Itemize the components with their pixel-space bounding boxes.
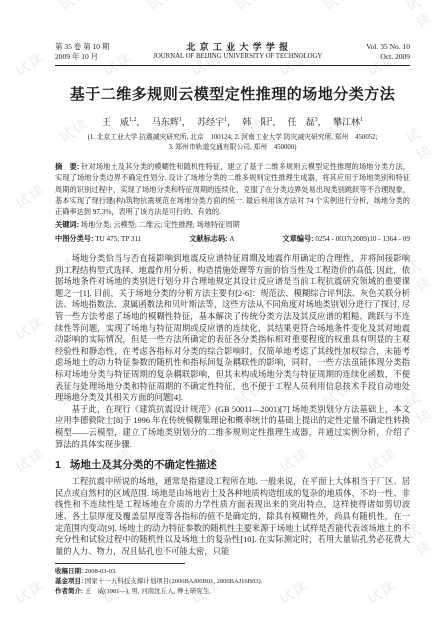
watermark-text: 试读	[11, 179, 49, 213]
affiliations: (1. 北京工业大学 抗震减灾研究所, 北京 100124; 2. 河南工业大学…	[55, 133, 410, 152]
fund-value: 国家十一五科技支撑计划项目(2006BAJ06B01, 2006BAJ16B03…	[83, 578, 262, 585]
date-cn: 2009 年 10 月	[55, 52, 109, 62]
author: 苏经宇1，	[197, 117, 236, 127]
paper-title: 基于二维多规则云模型定性推理的场地分类方法	[55, 83, 410, 104]
clc-label: 中图分类号:	[55, 234, 93, 243]
watermark-text: 试读	[0, 113, 5, 147]
footnote-received: 收稿日期: 2008-03-03.	[55, 567, 410, 577]
page-content: 第 35 卷 第 10 期 2009 年 10 月 北 京 工 业 大 学 学 …	[55, 42, 410, 596]
author: 韩 阳2，	[242, 117, 281, 127]
header-issue-block: 第 35 卷 第 10 期 2009 年 10 月	[55, 42, 109, 62]
fund-label: 基金项目:	[55, 578, 83, 585]
journal-page: 试读试读试读试读试读试读试读试读试读试读试读试读试读试读试读试读试读试读试读试读…	[0, 0, 440, 620]
received-label: 收稿日期:	[55, 568, 83, 575]
author: 王 威1,2，	[102, 117, 146, 127]
footnote-bio: 作者简介: 王 威(1981—), 男, 河南沈丘人, 博士研究生.	[55, 587, 410, 597]
section-1-heading: 1场地土及其分类的不确定性描述	[55, 457, 410, 472]
received-value: 2008-03-03.	[83, 568, 117, 575]
header-vol-block: Vol. 35 No. 10 Oct. 2009	[366, 42, 410, 62]
watermark-text: 试读	[0, 377, 5, 411]
watermark-text: 试读	[0, 245, 5, 279]
watermark-text: 试读	[55, 0, 93, 15]
bio-value: 王 威(1981—), 男, 河南沈丘人, 博士研究生.	[83, 588, 211, 595]
intro-paragraph-1: 场地分类恰当与否直接影响到地震反应谱特征周期及地震作用确定的合理性，并将间接影响…	[55, 253, 410, 404]
date-en: Oct. 2009	[366, 52, 410, 62]
author: 任 磊3，	[288, 117, 327, 127]
section-1-title: 场地土及其分类的不确定性描述	[70, 459, 217, 471]
vol-en: Vol. 35 No. 10	[366, 42, 410, 52]
affiliation-line-2: 3. 郑州市轨道交通有限公司, 郑州 450000)	[55, 143, 410, 153]
article-id-label: 文章编号:	[282, 234, 313, 243]
watermark-text: 试读	[11, 575, 49, 609]
watermark-text: 试读	[143, 0, 181, 15]
footnote-fund: 基金项目: 国家十一五科技支撑计划项目(2006BAJ06B01, 2006BA…	[55, 577, 410, 587]
footnote-block: 收稿日期: 2008-03-03. 基金项目: 国家十一五科技支撑计划项目(20…	[55, 563, 410, 596]
watermark-text: 试读	[0, 509, 5, 543]
section-1-number: 1	[55, 459, 61, 471]
watermark-text: 试读	[11, 47, 49, 81]
journal-name-en: JOURNAL OF BEIJING UNIVERSITY OF TECHNOL…	[109, 52, 366, 62]
journal-name-cn: 北 京 工 业 大 学 学 报	[109, 42, 366, 52]
keywords-line: 关键词: 场地分类; 云模型; 二维云; 定性推理; 场地特征周期	[55, 219, 410, 231]
keywords-label: 关键词:	[55, 220, 79, 229]
footnote-divider	[55, 563, 185, 564]
keywords-text: 场地分类; 云模型; 二维云; 定性推理; 场地特征周期	[79, 221, 240, 229]
issue-cn: 第 35 卷 第 10 期	[55, 42, 109, 52]
author-line: 王 威1,2， 马东辉1， 苏经宇1， 韩 阳2， 任 磊3， 攀江林1	[55, 115, 410, 128]
doc-code-label: 文献标志码:	[189, 234, 227, 243]
watermark-text: 试读	[11, 443, 49, 477]
meta-line: 中图分类号: TU 475; TP 311 文献标志码: A 文章编号: 025…	[55, 233, 410, 245]
clc-item: 中图分类号: TU 475; TP 311	[55, 233, 141, 245]
journal-header: 第 35 卷 第 10 期 2009 年 10 月 北 京 工 业 大 学 学 …	[55, 42, 410, 62]
watermark-text: 试读	[319, 0, 357, 15]
doc-code-value: A	[228, 235, 235, 243]
abstract: 摘 要: 针对场地土及其分类的模糊性和随机性特征，建立了基于二维多规则云模型定性…	[55, 161, 410, 218]
article-id-item: 文章编号: 0254 - 0037(2009)10 - 1364 - 09	[282, 233, 410, 245]
abstract-label: 摘 要:	[55, 162, 79, 171]
journal-name-block: 北 京 工 业 大 学 学 报 JOURNAL OF BEIJING UNIVE…	[109, 42, 366, 62]
watermark-text: 试读	[11, 311, 49, 345]
bio-label: 作者简介:	[55, 588, 83, 595]
watermark-text: 试读	[0, 0, 5, 15]
abstract-text: 针对场地土及其分类的模糊性和随机性特征，建立了基于二维多规则云模型定性推理的场地…	[55, 163, 410, 216]
watermark-text: 试读	[402, 0, 440, 33]
author: 攀江林1	[333, 117, 363, 127]
affiliation-line-1: (1. 北京工业大学 抗震减灾研究所, 北京 100124; 2. 河南工业大学…	[55, 133, 410, 143]
section-1-paragraph: 工程抗震中所说的场地，通常是指建设工程所在地. 一般来说，在平面上大体相当于厂区…	[55, 476, 410, 557]
doc-code-item: 文献标志码: A	[189, 233, 234, 245]
author: 马东辉1，	[152, 117, 191, 127]
article-id-value: 0254 - 0037(2009)10 - 1364 - 09	[314, 235, 410, 243]
clc-value: TU 475; TP 311	[93, 235, 141, 243]
header-divider	[55, 65, 410, 66]
watermark-text: 试读	[231, 0, 269, 15]
intro-paragraph-2: 基于此，在现行《建筑抗震设计规范》(GB 50011—2001)[7] 场地类别…	[55, 404, 410, 450]
